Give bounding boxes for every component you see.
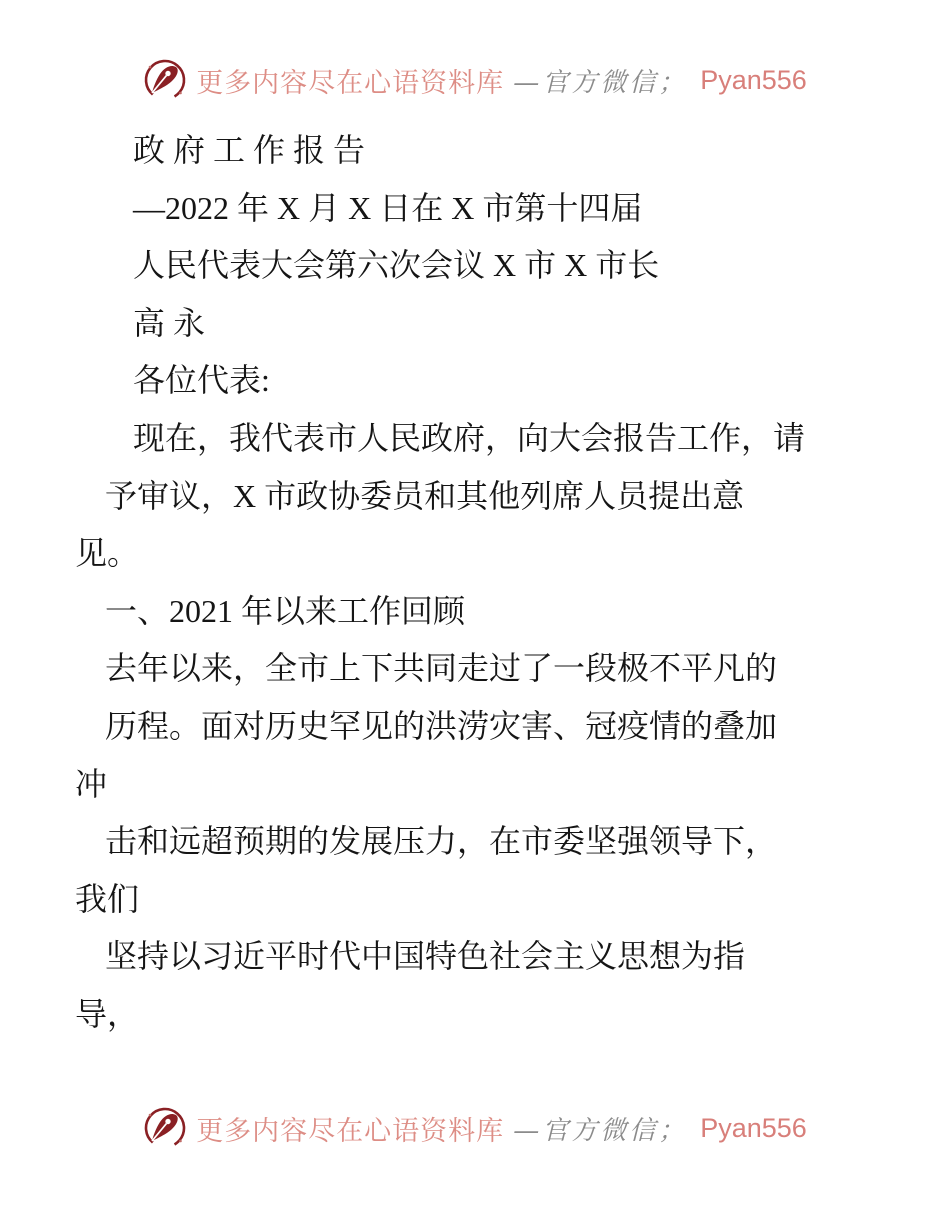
salutation-line: 各位代表: (75, 352, 925, 410)
watermark-wechat-id: Pyan556 (700, 1113, 807, 1144)
subtitle-line: —2022 年 X 月 X 日在 X 市第十四届 (75, 180, 925, 238)
text-line: 去年以来，全市上下共同走过了一段极不平凡的 (75, 640, 925, 698)
watermark-brand-text: 更多内容尽在心语资料库 (196, 1109, 504, 1148)
text-line: 击和远超预期的发展压力，在市委坚强领导下， (75, 813, 925, 871)
watermark-wechat-id: Pyan556 (700, 65, 807, 96)
text-line: 予审议，X 市政协委员和其他列席人员提出意 (75, 468, 925, 526)
watermark-brand-text: 更多内容尽在心语资料库 (196, 61, 504, 100)
watermark-channel-label: —官方微信； (513, 1110, 687, 1147)
document-page: 更多内容尽在心语资料库 —官方微信； Pyan556 政 府 工 作 报 告 —… (0, 0, 950, 1230)
document-body: 政 府 工 作 报 告 —2022 年 X 月 X 日在 X 市第十四届 人民代… (75, 122, 925, 1044)
watermark-header: 更多内容尽在心语资料库 —官方微信； Pyan556 (0, 58, 950, 102)
watermark-footer: 更多内容尽在心语资料库 —官方微信； Pyan556 (0, 1106, 950, 1150)
author-line: 高 永 (75, 295, 925, 353)
text-line: 坚持以习近平时代中国特色社会主义思想为指 (75, 928, 925, 986)
text-line: 见。 (75, 525, 925, 583)
text-line: 我们 (75, 871, 925, 929)
brand-logo-icon (143, 1106, 187, 1150)
text-line: 历程。面对历史罕见的洪涝灾害、冠疫情的叠加 (75, 698, 925, 756)
document-title: 政 府 工 作 报 告 (75, 122, 925, 180)
watermark-channel-label: —官方微信； (513, 62, 687, 99)
section-heading: 一、2021 年以来工作回顾 (75, 583, 925, 641)
brand-logo-icon (143, 58, 187, 102)
subtitle-line: 人民代表大会第六次会议 X 市 X 市长 (75, 237, 925, 295)
text-line: 冲 (75, 756, 925, 814)
text-line: 导， (75, 986, 925, 1044)
text-line: 现在，我代表市人民政府，向大会报告工作，请 (75, 410, 925, 468)
